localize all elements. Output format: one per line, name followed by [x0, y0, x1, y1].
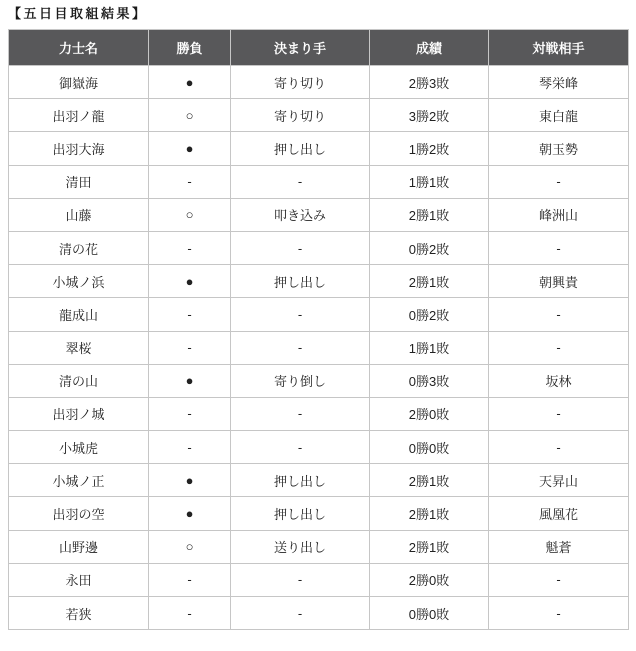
cell-rikishi-name: 小城虎 [9, 431, 149, 464]
cell-rikishi-name: 龍成山 [9, 298, 149, 331]
table-row: 出羽大海●押し出し1勝2敗朝玉勢 [9, 132, 629, 165]
column-header-kimarite: 決まり手 [231, 30, 370, 66]
cell-rikishi-name: 山藤 [9, 198, 149, 231]
cell-result-mark: ● [149, 364, 231, 397]
cell-result-mark: - [149, 563, 231, 596]
table-row: 出羽の空●押し出し2勝1敗風凰花 [9, 497, 629, 530]
cell-result-mark: - [149, 298, 231, 331]
cell-opponent: - [489, 397, 629, 430]
table-row: 山野邊○送り出し2勝1敗魁蒼 [9, 530, 629, 563]
cell-rikishi-name: 永田 [9, 563, 149, 596]
table-row: 御嶽海●寄り切り2勝3敗琴栄峰 [9, 66, 629, 99]
cell-kimarite: - [231, 231, 370, 264]
table-header: 力士名 勝負 決まり手 成績 対戦相手 [9, 30, 629, 66]
column-header-result: 勝負 [149, 30, 231, 66]
cell-kimarite: 寄り倒し [231, 364, 370, 397]
cell-opponent: - [489, 597, 629, 630]
cell-record: 2勝1敗 [370, 497, 489, 530]
cell-result-mark: ● [149, 132, 231, 165]
table-row: 清田--1勝1敗- [9, 165, 629, 198]
table-row: 清の花--0勝2敗- [9, 231, 629, 264]
cell-kimarite: 叩き込み [231, 198, 370, 231]
cell-kimarite: 押し出し [231, 464, 370, 497]
cell-result-mark: ○ [149, 530, 231, 563]
cell-result-mark: ● [149, 497, 231, 530]
results-table: 力士名 勝負 決まり手 成績 対戦相手 御嶽海●寄り切り2勝3敗琴栄峰出羽ノ龍○… [8, 29, 629, 630]
cell-result-mark: ● [149, 66, 231, 99]
cell-kimarite: 寄り切り [231, 99, 370, 132]
cell-opponent: - [489, 165, 629, 198]
cell-opponent: - [489, 231, 629, 264]
cell-kimarite: 押し出し [231, 265, 370, 298]
cell-rikishi-name: 出羽の空 [9, 497, 149, 530]
cell-rikishi-name: 出羽ノ龍 [9, 99, 149, 132]
cell-kimarite: - [231, 431, 370, 464]
page: 【五日目取組結果】 力士名 勝負 決まり手 成績 対戦相手 御嶽海●寄り切り2勝… [0, 0, 636, 630]
cell-opponent: 琴栄峰 [489, 66, 629, 99]
page-title: 【五日目取組結果】 [8, 6, 628, 22]
cell-rikishi-name: 翠桜 [9, 331, 149, 364]
cell-record: 2勝1敗 [370, 265, 489, 298]
cell-kimarite: - [231, 563, 370, 596]
cell-record: 1勝1敗 [370, 165, 489, 198]
table-row: 若狭--0勝0敗- [9, 597, 629, 630]
cell-record: 2勝1敗 [370, 464, 489, 497]
table-row: 小城ノ浜●押し出し2勝1敗朝興貴 [9, 265, 629, 298]
table-body: 御嶽海●寄り切り2勝3敗琴栄峰出羽ノ龍○寄り切り3勝2敗東白龍出羽大海●押し出し… [9, 66, 629, 630]
cell-kimarite: 押し出し [231, 497, 370, 530]
table-row: 小城虎--0勝0敗- [9, 431, 629, 464]
cell-opponent: 天昇山 [489, 464, 629, 497]
cell-rikishi-name: 山野邊 [9, 530, 149, 563]
cell-rikishi-name: 清の花 [9, 231, 149, 264]
cell-kimarite: 押し出し [231, 132, 370, 165]
cell-record: 0勝0敗 [370, 431, 489, 464]
table-row: 出羽ノ龍○寄り切り3勝2敗東白龍 [9, 99, 629, 132]
column-header-opponent: 対戦相手 [489, 30, 629, 66]
table-row: 小城ノ正●押し出し2勝1敗天昇山 [9, 464, 629, 497]
cell-record: 2勝0敗 [370, 563, 489, 596]
cell-record: 2勝3敗 [370, 66, 489, 99]
cell-kimarite: - [231, 298, 370, 331]
table-row: 翠桜--1勝1敗- [9, 331, 629, 364]
cell-record: 1勝2敗 [370, 132, 489, 165]
cell-opponent: 峰洲山 [489, 198, 629, 231]
cell-opponent: - [489, 298, 629, 331]
table-row: 永田--2勝0敗- [9, 563, 629, 596]
cell-rikishi-name: 出羽ノ城 [9, 397, 149, 430]
cell-record: 0勝2敗 [370, 298, 489, 331]
cell-rikishi-name: 小城ノ浜 [9, 265, 149, 298]
cell-result-mark: ○ [149, 198, 231, 231]
cell-record: 0勝0敗 [370, 597, 489, 630]
cell-result-mark: - [149, 431, 231, 464]
cell-record: 3勝2敗 [370, 99, 489, 132]
cell-kimarite: - [231, 397, 370, 430]
table-row: 出羽ノ城--2勝0敗- [9, 397, 629, 430]
cell-opponent: 東白龍 [489, 99, 629, 132]
cell-record: 2勝0敗 [370, 397, 489, 430]
cell-result-mark: ● [149, 265, 231, 298]
cell-record: 2勝1敗 [370, 198, 489, 231]
cell-record: 2勝1敗 [370, 530, 489, 563]
cell-opponent: 風凰花 [489, 497, 629, 530]
cell-result-mark: ○ [149, 99, 231, 132]
cell-result-mark: - [149, 165, 231, 198]
table-row: 清の山●寄り倒し0勝3敗坂林 [9, 364, 629, 397]
cell-record: 1勝1敗 [370, 331, 489, 364]
cell-kimarite: - [231, 165, 370, 198]
table-row: 山藤○叩き込み2勝1敗峰洲山 [9, 198, 629, 231]
cell-opponent: 朝興貴 [489, 265, 629, 298]
cell-rikishi-name: 出羽大海 [9, 132, 149, 165]
cell-record: 0勝2敗 [370, 231, 489, 264]
cell-opponent: 魁蒼 [489, 530, 629, 563]
cell-result-mark: - [149, 597, 231, 630]
cell-kimarite: - [231, 597, 370, 630]
cell-rikishi-name: 若狭 [9, 597, 149, 630]
table-row: 龍成山--0勝2敗- [9, 298, 629, 331]
cell-opponent: 坂林 [489, 364, 629, 397]
header-row: 力士名 勝負 決まり手 成績 対戦相手 [9, 30, 629, 66]
cell-rikishi-name: 清田 [9, 165, 149, 198]
cell-opponent: - [489, 563, 629, 596]
cell-result-mark: ● [149, 464, 231, 497]
cell-rikishi-name: 小城ノ正 [9, 464, 149, 497]
cell-opponent: - [489, 431, 629, 464]
cell-kimarite: - [231, 331, 370, 364]
cell-opponent: 朝玉勢 [489, 132, 629, 165]
cell-rikishi-name: 御嶽海 [9, 66, 149, 99]
column-header-rikishi-name: 力士名 [9, 30, 149, 66]
cell-result-mark: - [149, 331, 231, 364]
cell-result-mark: - [149, 397, 231, 430]
cell-record: 0勝3敗 [370, 364, 489, 397]
cell-kimarite: 送り出し [231, 530, 370, 563]
cell-opponent: - [489, 331, 629, 364]
cell-rikishi-name: 清の山 [9, 364, 149, 397]
column-header-record: 成績 [370, 30, 489, 66]
cell-kimarite: 寄り切り [231, 66, 370, 99]
cell-result-mark: - [149, 231, 231, 264]
